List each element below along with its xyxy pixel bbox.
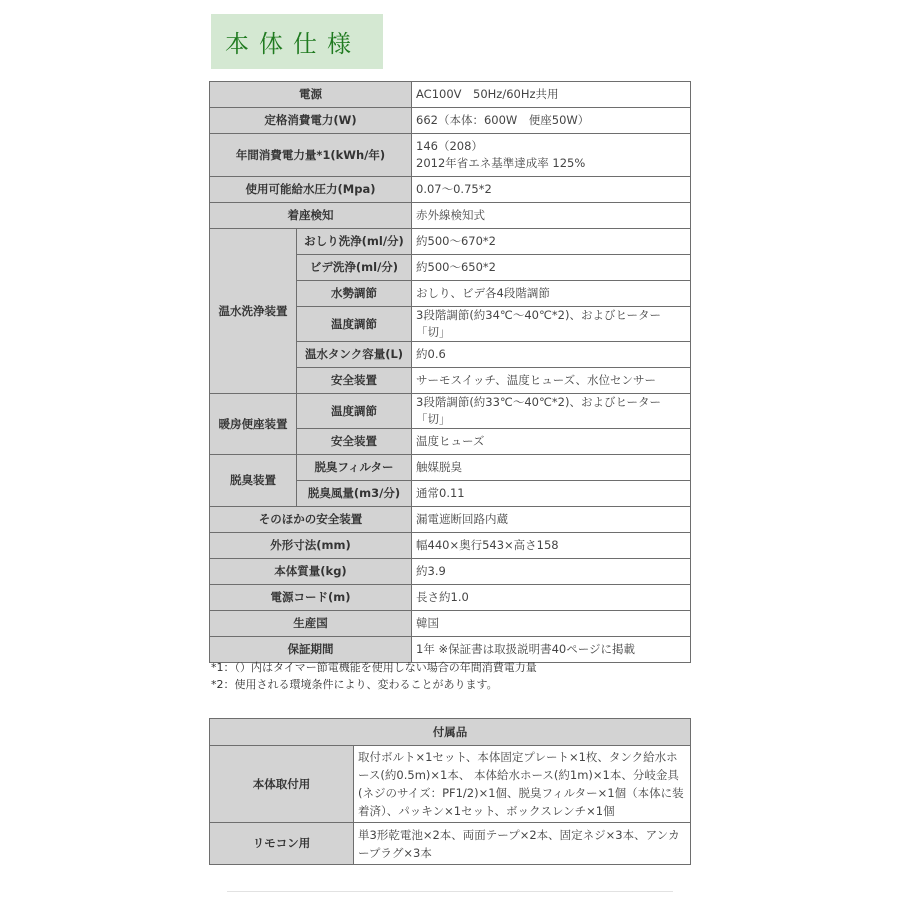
table-row: 本体質量(kg) 約3.9	[210, 559, 691, 585]
row-value: サーモスイッチ、温度ヒューズ、水位センサー	[412, 368, 691, 394]
row-value: AC100V 50Hz/60Hz共用	[412, 82, 691, 108]
sub-label: 水勢調節	[297, 281, 412, 307]
row-label: 着座検知	[210, 203, 412, 229]
row-value: 3段階調節(約33℃〜40℃*2)、およびヒーター「切」	[412, 394, 691, 429]
table-row: 電源 AC100V 50Hz/60Hz共用	[210, 82, 691, 108]
row-label: リモコン用	[210, 823, 354, 865]
sub-label: 脱臭風量(m3/分)	[297, 481, 412, 507]
table-row: 年間消費電力量*1(kWh/年) 146（208） 2012年省エネ基準達成率 …	[210, 134, 691, 177]
row-label: 電源	[210, 82, 412, 108]
row-value: 3段階調節(約34℃〜40℃*2)、およびヒーター「切」	[412, 307, 691, 342]
sub-label: ビデ洗浄(ml/分)	[297, 255, 412, 281]
row-label: 年間消費電力量*1(kWh/年)	[210, 134, 412, 177]
row-value: 0.07〜0.75*2	[412, 177, 691, 203]
row-label: 本体取付用	[210, 746, 354, 823]
row-value: 662（本体：600W 便座50W）	[412, 108, 691, 134]
row-value: 取付ボルト×1セット、本体固定プレート×1枚、タンク給水ホース(約0.5m)×1…	[354, 746, 691, 823]
table-row: そのほかの安全装置 漏電遮断回路内蔵	[210, 507, 691, 533]
row-label: そのほかの安全装置	[210, 507, 412, 533]
row-value: 約500〜670*2	[412, 229, 691, 255]
table-row: 温水洗浄装置 おしり洗浄(ml/分) 約500〜670*2	[210, 229, 691, 255]
row-value: 約500〜650*2	[412, 255, 691, 281]
row-label: 本体質量(kg)	[210, 559, 412, 585]
table-row: 外形寸法(mm) 幅440×奥行543×高さ158	[210, 533, 691, 559]
table-row: 使用可能給水圧力(Mpa) 0.07〜0.75*2	[210, 177, 691, 203]
row-label: 電源コード(m)	[210, 585, 412, 611]
row-value: 触媒脱臭	[412, 455, 691, 481]
row-value: 単3形乾電池×2本、両面テープ×2本、固定ネジ×3本、アンカープラグ×3本	[354, 823, 691, 865]
row-value: 約3.9	[412, 559, 691, 585]
section-title: 本体仕様	[211, 24, 361, 59]
row-value: 漏電遮断回路内蔵	[412, 507, 691, 533]
value-line: 146（208）	[416, 138, 684, 155]
row-label: 使用可能給水圧力(Mpa)	[210, 177, 412, 203]
sub-label: 安全装置	[297, 368, 412, 394]
accessories-table: 付属品 本体取付用 取付ボルト×1セット、本体固定プレート×1枚、タンク給水ホー…	[209, 718, 691, 865]
sub-label: 温度調節	[297, 307, 412, 342]
sub-label: 温水タンク容量(L)	[297, 342, 412, 368]
row-label: 生産国	[210, 611, 412, 637]
table-row: 暖房便座装置 温度調節 3段階調節(約33℃〜40℃*2)、およびヒーター「切」	[210, 394, 691, 429]
sub-label: 安全装置	[297, 429, 412, 455]
row-label: 外形寸法(mm)	[210, 533, 412, 559]
table-row: 生産国 韓国	[210, 611, 691, 637]
table-row: 脱臭装置 脱臭フィルター 触媒脱臭	[210, 455, 691, 481]
footnotes: *1：（）内はタイマー節電機能を使用しない場合の年間消費電力量 *2：使用される…	[211, 659, 537, 693]
row-label: 定格消費電力(W)	[210, 108, 412, 134]
sub-label: 温度調節	[297, 394, 412, 429]
footnote: *1：（）内はタイマー節電機能を使用しない場合の年間消費電力量	[211, 659, 537, 676]
group-label: 脱臭装置	[210, 455, 297, 507]
group-label: 暖房便座装置	[210, 394, 297, 455]
footnote: *2：使用される環境条件により、変わることがあります。	[211, 676, 537, 693]
row-value: 幅440×奥行543×高さ158	[412, 533, 691, 559]
table-row: 本体取付用 取付ボルト×1セット、本体固定プレート×1枚、タンク給水ホース(約0…	[210, 746, 691, 823]
table-row: 定格消費電力(W) 662（本体：600W 便座50W）	[210, 108, 691, 134]
accessories-header: 付属品	[210, 719, 691, 746]
group-label: 温水洗浄装置	[210, 229, 297, 394]
row-value: 韓国	[412, 611, 691, 637]
table-row: 電源コード(m) 長さ約1.0	[210, 585, 691, 611]
table-row: 着座検知 赤外線検知式	[210, 203, 691, 229]
sub-label: おしり洗浄(ml/分)	[297, 229, 412, 255]
table-header-row: 付属品	[210, 719, 691, 746]
row-value: 約0.6	[412, 342, 691, 368]
row-value: 赤外線検知式	[412, 203, 691, 229]
divider	[227, 891, 673, 892]
value-line: 2012年省エネ基準達成率 125%	[416, 155, 684, 172]
spec-table: 電源 AC100V 50Hz/60Hz共用 定格消費電力(W) 662（本体：6…	[209, 81, 691, 663]
table-row: リモコン用 単3形乾電池×2本、両面テープ×2本、固定ネジ×3本、アンカープラグ…	[210, 823, 691, 865]
section-title-box: 本体仕様	[211, 14, 383, 69]
sub-label: 脱臭フィルター	[297, 455, 412, 481]
row-value: 通常0.11	[412, 481, 691, 507]
row-value: 長さ約1.0	[412, 585, 691, 611]
row-value: 温度ヒューズ	[412, 429, 691, 455]
row-value: 146（208） 2012年省エネ基準達成率 125%	[412, 134, 691, 177]
row-value: おしり、ビデ各4段階調節	[412, 281, 691, 307]
